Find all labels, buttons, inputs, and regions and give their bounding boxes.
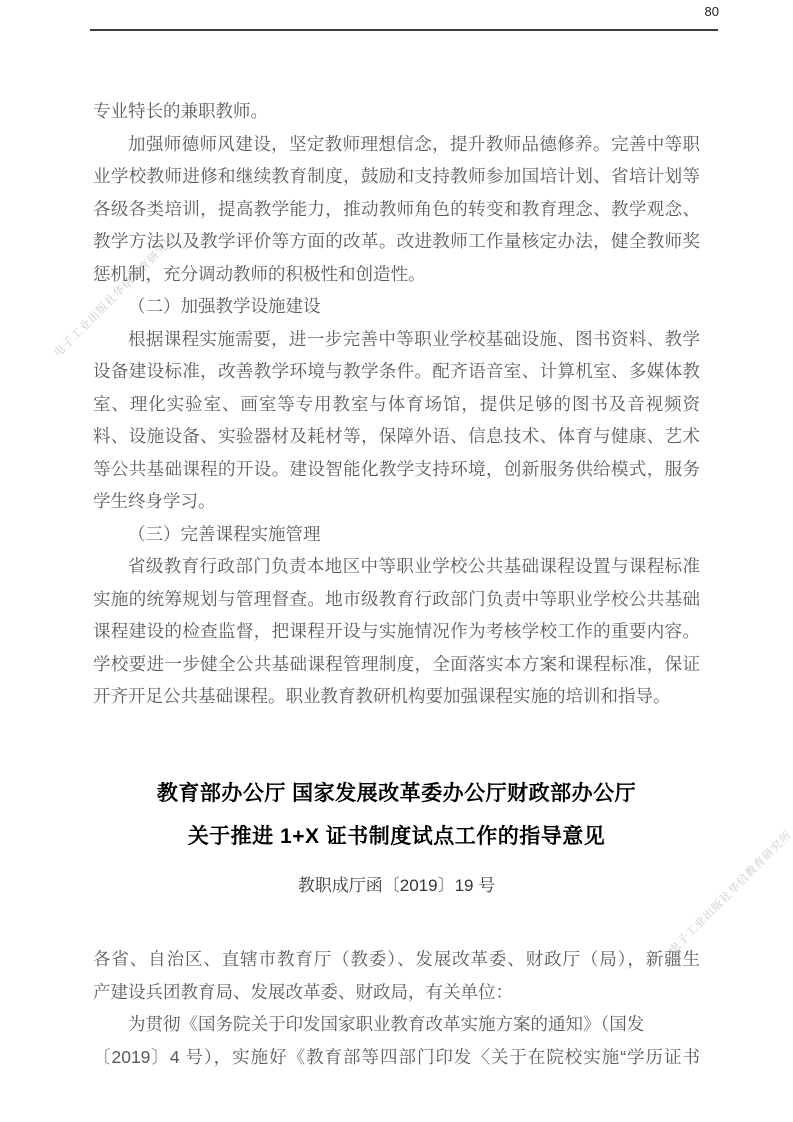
- document-number: 教职成厅函〔2019〕19 号: [93, 872, 700, 900]
- body-line: 设备建设标准，改善教学环境与教学条件。配齐语音室、计算机室、多媒体教: [93, 355, 700, 388]
- letter-line: 为贯彻《国务院关于印发国家职业教育改革实施方案的通知》（国发: [93, 1008, 700, 1041]
- body-line: 专业特长的兼职教师。: [93, 95, 700, 128]
- subsection-heading: （三）完善课程实施管理: [93, 518, 700, 551]
- body-line: 省级教育行政部门负责本地区中等职业学校公共基础课程设置与课程标准: [93, 550, 700, 583]
- body-line: 学生终身学习。: [93, 485, 700, 518]
- body-line: 实施的统筹规划与管理督查。地市级教育行政部门负责中等职业学校公共基础: [93, 583, 700, 616]
- body-line: 室、理化实验室、画室等专用教室与体育场馆，提供足够的图书及音视频资: [93, 388, 700, 421]
- body-line: 教学方法以及教学评价等方面的改革。改进教师工作量核定办法，健全教师奖: [93, 225, 700, 258]
- body-line: 业学校教师进修和继续教育制度，鼓励和支持教师参加国培计划、省培计划等: [93, 160, 700, 193]
- body-text-block: 专业特长的兼职教师。 加强师德师风建设，坚定教师理想信念，提升教师品德修养。完善…: [93, 95, 700, 713]
- body-line: 惩机制，充分调动教师的积极性和创造性。: [93, 258, 700, 291]
- page-number: 80: [705, 4, 719, 19]
- body-line: 根据课程实施需要，进一步完善中等职业学校基础设施、图书资料、教学: [93, 323, 700, 356]
- letter-line: 产建设兵团教育局、发展改革委、财政局，有关单位：: [93, 976, 700, 1009]
- body-line: 料、设施设备、实验器材及耗材等，保障外语、信息技术、体育与健康、艺术: [93, 420, 700, 453]
- body-line: 开齐开足公共基础课程。职业教育教研机构要加强课程实施的培训和指导。: [93, 680, 700, 713]
- announcement-title-line2: 关于推进 1+X 证书制度试点工作的指导意见: [93, 822, 700, 852]
- subsection-heading: （二）加强教学设施建设: [93, 290, 700, 323]
- announcement-header: 教育部办公厅 国家发展改革委办公厅财政部办公厅 关于推进 1+X 证书制度试点工…: [93, 779, 700, 900]
- announcement-title-line1: 教育部办公厅 国家发展改革委办公厅财政部办公厅: [93, 779, 700, 809]
- letter-line: 〔2019〕4 号），实施好《教育部等四部门印发〈关于在院校实施“学历证书: [93, 1041, 700, 1074]
- document-page: 电子工业出版社华信教育研究所 电子工业出版社华信教育研究所 80 专业特长的兼职…: [0, 0, 793, 1122]
- body-line: 等公共基础课程的开设。建设智能化教学支持环境，创新服务供给模式，服务: [93, 453, 700, 486]
- body-line: 加强师德师风建设，坚定教师理想信念，提升教师品德修养。完善中等职: [93, 128, 700, 161]
- letter-line: 各省、自治区、直辖市教育厅（教委）、发展改革委、财政厅（局），新疆生: [93, 943, 700, 976]
- letter-text-block: 各省、自治区、直辖市教育厅（教委）、发展改革委、财政厅（局），新疆生 产建设兵团…: [93, 943, 700, 1073]
- header-rule: [90, 29, 718, 31]
- body-line: 各级各类培训，提高教学能力，推动教师角色的转变和教育理念、教学观念、: [93, 193, 700, 226]
- body-line: 课程建设的检查监督，把课程开设与实施情况作为考核学校工作的重要内容。: [93, 615, 700, 648]
- body-line: 学校要进一步健全公共基础课程管理制度，全面落实本方案和课程标准，保证: [93, 648, 700, 681]
